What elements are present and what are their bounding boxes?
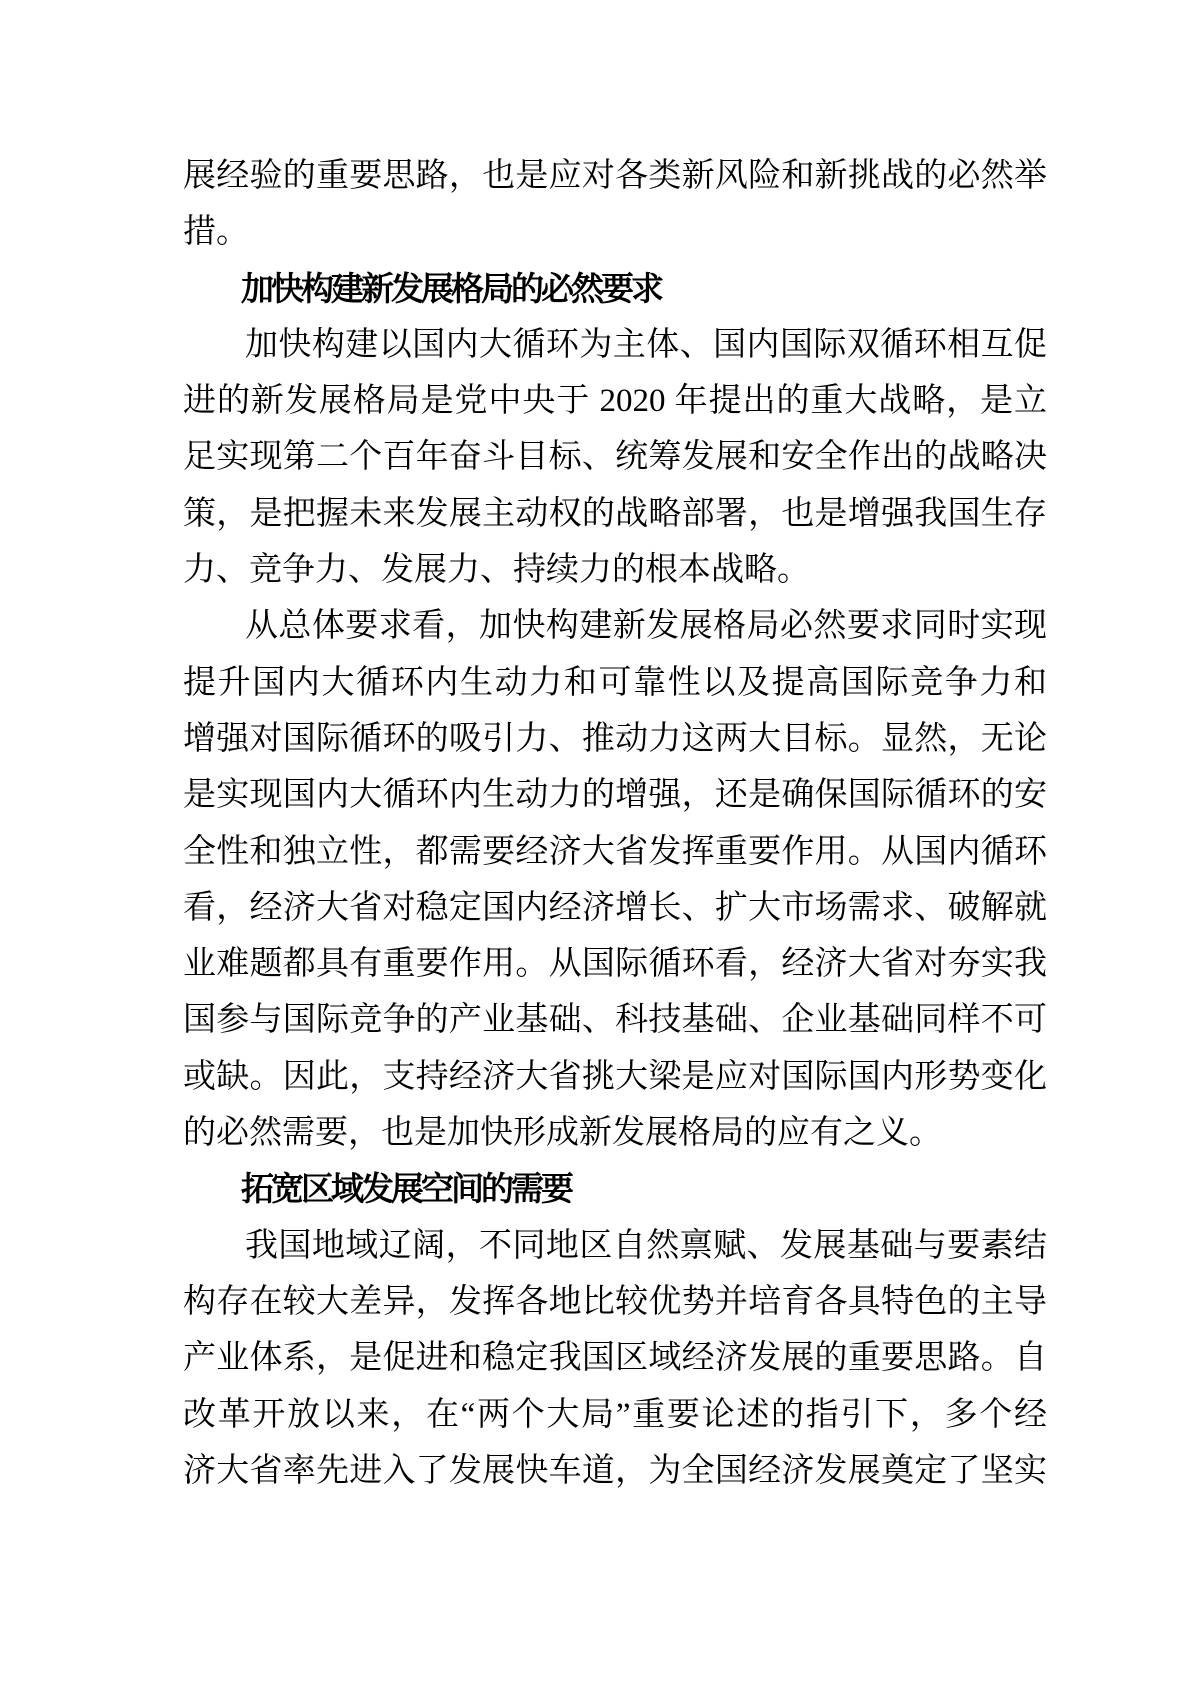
body-text-line: 是实现国内大循环内生动力的增强，还是确保国际循环的安 <box>183 767 1047 823</box>
body-text-line: 从总体要求看，加快构建新发展格局必然要求同时实现 <box>183 598 1047 654</box>
body-text-line: 措。 <box>183 204 1047 260</box>
body-text-line: 或缺。因此，支持经济大省挑大梁是应对国际国内形势变化 <box>183 1049 1047 1105</box>
paragraph: 我国地域辽阔，不同地区自然禀赋、发展基础与要素结 构存在较大差异，发挥各地比较优… <box>183 1218 1047 1499</box>
section-heading: 拓宽区域发展空间的需要 <box>183 1161 1047 1217</box>
body-text-line: 的必然需要，也是加快形成新发展格局的应有之义。 <box>183 1105 1047 1161</box>
body-text-line: 构存在较大差异，发挥各地比较优势并培育各具特色的主导 <box>183 1274 1047 1330</box>
body-text-line: 改革开放以来，在“两个大局”重要论述的指引下，多个经 <box>183 1387 1047 1443</box>
document-page: 展经验的重要思路，也是应对各类新风险和新挑战的必然举 措。 加快构建新发展格局的… <box>0 0 1190 1683</box>
body-text-line: 国参与国际竞争的产业基础、科技基础、企业基础同样不可 <box>183 992 1047 1048</box>
body-text-line: 业难题都具有重要作用。从国际循环看，经济大省对夯实我 <box>183 936 1047 992</box>
body-text-line: 增强对国际循环的吸引力、推动力这两大目标。显然，无论 <box>183 711 1047 767</box>
body-text-line: 提升国内大循环内生动力和可靠性以及提高国际竞争力和 <box>183 655 1047 711</box>
body-text-line: 进的新发展格局是党中央于 2020 年提出的重大战略，是立 <box>183 373 1047 429</box>
body-text-line: 我国地域辽阔，不同地区自然禀赋、发展基础与要素结 <box>183 1218 1047 1274</box>
section-heading: 加快构建新发展格局的必然要求 <box>183 261 1047 317</box>
paragraph: 加快构建以国内大循环为主体、国内国际双循环相互促 进的新发展格局是党中央于 20… <box>183 317 1047 598</box>
body-text-line: 力、竞争力、发展力、持续力的根本战略。 <box>183 542 1047 598</box>
paragraph: 展经验的重要思路，也是应对各类新风险和新挑战的必然举 措。 <box>183 148 1047 261</box>
body-text-line: 全性和独立性，都需要经济大省发挥重要作用。从国内循环 <box>183 824 1047 880</box>
body-text-line: 济大省率先进入了发展快车道，为全国经济发展奠定了坚实 <box>183 1443 1047 1499</box>
body-text-line: 加快构建以国内大循环为主体、国内国际双循环相互促 <box>183 317 1047 373</box>
body-text-line: 看，经济大省对稳定国内经济增长、扩大市场需求、破解就 <box>183 880 1047 936</box>
body-text-line: 足实现第二个百年奋斗目标、统筹发展和安全作出的战略决 <box>183 429 1047 485</box>
paragraph: 从总体要求看，加快构建新发展格局必然要求同时实现 提升国内大循环内生动力和可靠性… <box>183 598 1047 1161</box>
body-text-line: 策，是把握未来发展主动权的战略部署，也是增强我国生存 <box>183 486 1047 542</box>
body-text-line: 产业体系，是促进和稳定我国区域经济发展的重要思路。自 <box>183 1330 1047 1386</box>
body-text-line: 展经验的重要思路，也是应对各类新风险和新挑战的必然举 <box>183 148 1047 204</box>
